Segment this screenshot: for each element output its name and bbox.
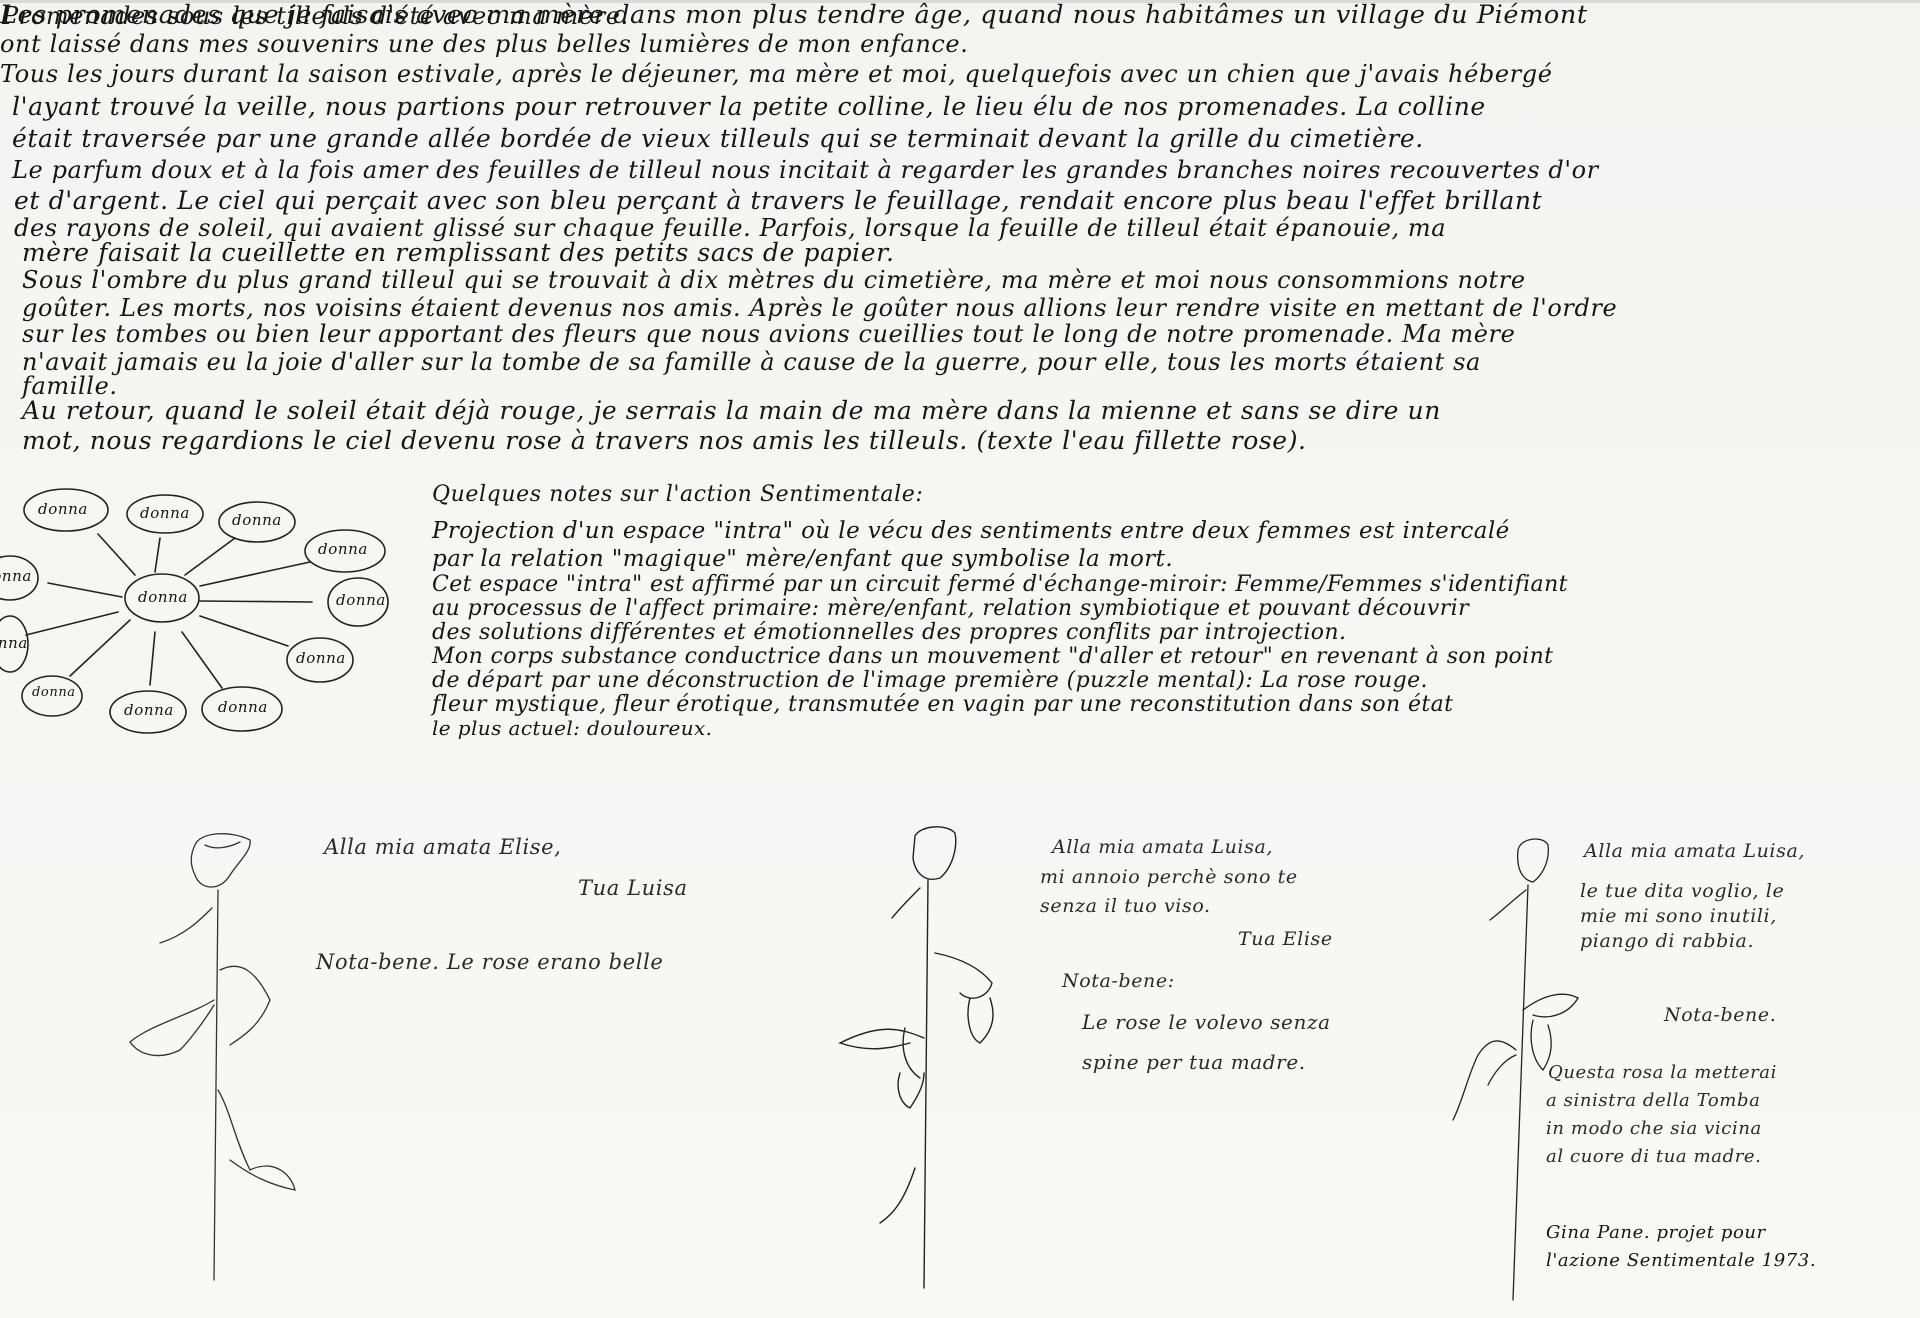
card-greeting: Alla mia amata Elise, xyxy=(324,835,561,859)
diagram-node: donna xyxy=(318,540,368,558)
notes-line: Projection d'un espace "intra" où le véc… xyxy=(432,518,1510,544)
donna-diagram: donna donna donna donna donna donna donn… xyxy=(0,480,420,740)
card-nota-title: Nota-bene. xyxy=(1664,1004,1776,1026)
diagram-node: donna xyxy=(218,698,268,716)
card-body-line: mie mi sono inutili, xyxy=(1580,905,1777,927)
artist-signature-line: l'azione Sentimentale 1973. xyxy=(1546,1250,1816,1271)
card-body-line: piango di rabbia. xyxy=(1580,930,1754,952)
prose-line: Tous les jours durant la saison estivale… xyxy=(0,60,1553,88)
prose-line: mot, nous regardions le ciel devenu rose… xyxy=(22,426,1307,455)
card-body-line: senza il tuo viso. xyxy=(1040,895,1211,917)
notes-line: des solutions différentes et émotionnell… xyxy=(432,620,1346,645)
prose-line: n'avait jamais eu la joie d'aller sur la… xyxy=(22,348,1481,376)
notes-line: au processus de l'affect primaire: mère/… xyxy=(432,596,1469,621)
prose-line: était traversée par une grande allée bor… xyxy=(12,124,1424,153)
prose-line: goûter. Les morts, nos voisins étaient d… xyxy=(22,294,1617,322)
prose-line: ont laissé dans mes souvenirs une des pl… xyxy=(0,30,968,58)
diagram-center-node: donna xyxy=(138,588,188,606)
diagram-node: donna xyxy=(0,567,32,585)
prose-line: l'ayant trouvé la veille, nous partions … xyxy=(12,92,1486,121)
card-signature: Tua Luisa xyxy=(578,876,688,900)
card-nota-line: Le rose le volevo senza xyxy=(1082,1010,1331,1034)
notes-line: le plus actuel: douloureux. xyxy=(432,716,712,740)
card-nota-line: in modo che sia vicina xyxy=(1546,1118,1762,1139)
card-nota-line: spine per tua madre. xyxy=(1082,1050,1306,1074)
prose-line: Les promenades que je faisais avec ma mè… xyxy=(0,0,1588,30)
notes-line: par la relation "magique" mère/enfant qu… xyxy=(432,546,1173,572)
rose-drawing-2 xyxy=(820,818,1050,1308)
notes-title: Quelques notes sur l'action Sentimentale… xyxy=(432,482,923,507)
document-page: Promenades sous les tilleuls d'été avec … xyxy=(0,0,1920,1318)
prose-line: Au retour, quand le soleil était déjà ro… xyxy=(22,396,1441,425)
card-nota-bene: Nota-bene. Le rose erano belle xyxy=(316,950,663,974)
notes-line: Cet espace "intra" est affirmé par un ci… xyxy=(432,572,1568,597)
diagram-node: donna xyxy=(38,500,88,518)
diagram-node: donna xyxy=(296,649,346,667)
prose-line: sur les tombes ou bien leur apportant de… xyxy=(22,320,1515,348)
notes-line: Mon corps substance conductrice dans un … xyxy=(432,644,1553,669)
card-nota-line: al cuore di tua madre. xyxy=(1546,1146,1761,1167)
card-signature: Tua Elise xyxy=(1238,928,1333,950)
diagram-arrows xyxy=(0,480,420,740)
prose-line: Le parfum doux et à la fois amer des feu… xyxy=(12,156,1599,184)
card-body-line: le tue dita voglio, le xyxy=(1580,880,1784,902)
card-nota-line: Questa rosa la metterai xyxy=(1548,1062,1777,1083)
card-greeting: Alla mia amata Luisa, xyxy=(1584,840,1805,862)
diagram-node: donna xyxy=(336,591,386,609)
artist-signature-line: Gina Pane. projet pour xyxy=(1546,1222,1766,1243)
diagram-node: donna xyxy=(124,701,174,719)
card-nota-line: a sinistra della Tomba xyxy=(1546,1090,1760,1111)
notes-line: fleur mystique, fleur érotique, transmut… xyxy=(432,692,1453,717)
notes-line: de départ par une déconstruction de l'im… xyxy=(432,668,1428,693)
diagram-node: donna xyxy=(0,634,28,652)
rose-drawing-1 xyxy=(110,820,310,1310)
diagram-node: donna xyxy=(32,685,76,700)
card-nota-title: Nota-bene: xyxy=(1062,970,1175,992)
diagram-node: donna xyxy=(232,511,282,529)
prose-line: mère faisait la cueillette en remplissan… xyxy=(22,238,895,267)
prose-line: et d'argent. Le ciel qui perçait avec so… xyxy=(14,186,1542,215)
diagram-node: donna xyxy=(140,504,190,522)
card-body-line: mi annoio perchè sono te xyxy=(1040,866,1298,888)
card-greeting: Alla mia amata Luisa, xyxy=(1052,836,1273,858)
prose-line: Sous l'ombre du plus grand tilleul qui s… xyxy=(22,266,1526,294)
